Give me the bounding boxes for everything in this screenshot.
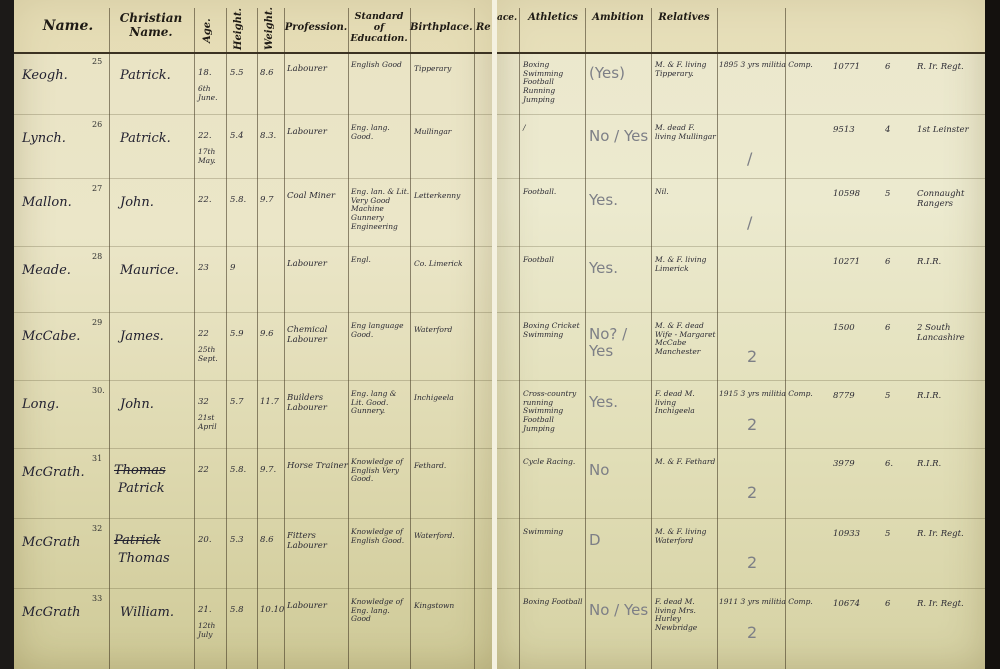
regiment: 1st Leinster [917,126,983,136]
height: 5.8 [230,606,258,616]
relatives: M. & F. dead Wife - Margaret McCabe Manc… [655,322,717,357]
register-row: 30.Long.John.3221st April5.711.7Builders… [14,384,492,450]
header-race-cutoff: ace. [497,13,519,23]
register-row-continued: SwimmingDM. & F. living Waterford2109335… [497,522,985,588]
education-standard: Engl. [351,256,411,265]
surname: McCabe. [22,330,108,345]
age: 32 [198,398,226,408]
ambition: No / Yes [589,602,651,619]
row-rule [497,588,985,589]
entry-number: 25 [92,57,102,66]
education-standard: English Good [351,61,411,70]
weight: 9.7 [260,196,286,206]
regimental-number: 3979 [833,460,879,470]
company: 5 [885,392,905,402]
height: 5.8. [230,196,258,206]
header-name: Name. [28,18,108,34]
company: 6 [885,600,905,610]
page-edge-shadow [985,0,1000,669]
pencil-mark: / [747,214,767,232]
header-athletics: Athletics [521,12,585,24]
pencil-mark: 2 [747,416,767,434]
regimental-number: 10271 [833,258,879,268]
christian-name: Maurice. [120,264,198,279]
previous-service: 1915 3 yrs militia Comp. [719,390,815,399]
weight: 9.6 [260,330,286,340]
header-birthplace: Birthplace. [410,22,472,34]
christian-name: James. [120,330,198,345]
regimental-number: 10598 [833,190,879,200]
regimental-number: 9513 [833,126,879,136]
header-height: Height. [233,10,245,50]
header-profession: Profession. [284,22,348,34]
christian-name: Patrick [118,482,196,497]
surname: Lynch. [22,132,108,147]
register-row-continued: /No / YesM. dead F. living Mullingar/951… [497,118,985,184]
surname: Mallon. [22,196,108,211]
register-row-continued: Cross-country running Swimming Football … [497,384,985,450]
relatives: F. dead M. living Mrs. Hurley Newbridge [655,598,717,633]
relatives: M. dead F. living Mullingar [655,124,717,141]
register-row: 32McGrathPatrickThomas20.5.38.6Fitters L… [14,522,492,588]
pencil-mark: 2 [747,624,767,642]
weight: 8.3. [260,132,286,142]
age: 22 [198,330,226,340]
ambition: Yes. [589,260,651,277]
birthplace: Waterford. [414,532,474,541]
register-row: 27Mallon.John.22.5.8.9.7Coal MinerEng. l… [14,182,492,248]
profession: Coal Miner [287,192,349,202]
register-row: 31McGrath.ThomasPatrick225.8.9.7.Horse T… [14,452,492,518]
header-relatives: Relatives [651,12,717,24]
header-ambition: Ambition [585,12,651,24]
weight: 11.7 [260,398,286,408]
relatives: M. & F. living Waterford [655,528,717,545]
birth-date: 6th June. [198,85,226,102]
regiment: R.I.R. [917,392,983,402]
athletics: / [523,124,585,133]
regiment: R.I.R. [917,460,983,470]
profession: Builders Labourer [287,394,349,414]
regiment: R. Ir. Regt. [917,530,983,540]
register-row-continued: Football.Yes.Nil./105985Connaught Ranger… [497,182,985,248]
ambition: No? / Yes [589,326,651,361]
birthplace: Mullingar [414,128,474,137]
profession: Labourer [287,260,349,270]
relatives: M. & F. living Tipperary. [655,61,717,78]
entry-number: 30. [92,386,105,395]
height: 5.5 [230,69,258,79]
ambition: Yes. [589,394,651,411]
profession: Labourer [287,65,349,75]
education-standard: Eng. lan. & Lit. Very Good Machine Gunne… [351,188,411,231]
regimental-number: 1500 [833,324,879,334]
surname: McGrath [22,536,108,551]
register-row-continued: Cycle Racing.NoM. & F. Fethard239796.R.I… [497,452,985,518]
regimental-number: 10771 [833,63,879,73]
christian-name: Thomas [118,552,196,567]
christian-name: John. [120,196,198,211]
regiment: R. Ir. Regt. [917,600,983,610]
regiment: Connaught Rangers [917,190,983,210]
register-row: 25Keogh.Patrick.18.6th June.5.58.6Labour… [14,55,492,121]
education-standard: Knowledge of Eng. lang. Good [351,598,411,624]
age: 21. [198,606,226,616]
profession: Labourer [287,128,349,138]
relatives: M. & F. Fethard [655,458,717,467]
profession: Labourer [287,602,349,612]
header-weight: Weight. [264,10,276,50]
company: 4 [885,126,905,136]
regimental-number: 10674 [833,600,879,610]
athletics: Swimming [523,528,585,537]
surname: McGrath. [22,466,108,481]
entry-number: 33 [92,594,102,603]
register-row-continued: Boxing Swimming Football Running Jumping… [497,55,985,121]
company: 5 [885,190,905,200]
entry-number: 28 [92,252,102,261]
regiment: 2 South Lancashire [917,324,983,344]
birthplace: Fethard. [414,462,474,471]
register-row-continued: FootballYes.M. & F. living Limerick10271… [497,250,985,316]
company: 6 [885,324,905,334]
surname: Meade. [22,264,108,279]
regimental-number: 10933 [833,530,879,540]
height: 9 [230,264,258,274]
relatives: F. dead M. living Inchigeela [655,390,717,416]
education-standard: Knowledge of English Good. [351,528,411,545]
athletics: Boxing Football [523,598,585,607]
birthplace: Waterford [414,326,474,335]
age: 23 [198,264,226,274]
height: 5.8. [230,466,258,476]
entry-number: 31 [92,454,102,463]
regiment: R.I.R. [917,258,983,268]
previous-service: 1895 3 yrs militia Comp. [719,61,815,70]
ambition: D [589,532,651,549]
education-standard: Knowledge of English Very Good. [351,458,411,484]
row-rule [14,588,492,589]
age: 22. [198,132,226,142]
age: 22. [198,196,226,206]
athletics: Cross-country running Swimming Football … [523,390,585,433]
entry-number: 26 [92,120,102,129]
age: 22 [198,466,226,476]
weight: 8.6 [260,536,286,546]
register-row: 28Meade.Maurice.239LabourerEngl.Co. Lime… [14,250,492,316]
register-row: 29McCabe.James.2225th Sept.5.99.6Chemica… [14,316,492,382]
weight: 9.7. [260,466,286,476]
education-standard: Eng language Good. [351,322,411,339]
right-header-row [497,0,985,54]
height: 5.4 [230,132,258,142]
age: 20. [198,536,226,546]
birthplace: Letterkenny [414,192,474,201]
header-christian-name: Christian Name. [112,12,190,40]
profession: Horse Trainer [287,462,349,472]
birth-date: 17th May. [198,148,226,165]
company: 6 [885,258,905,268]
height: 5.7 [230,398,258,408]
profession: Chemical Labourer [287,326,349,346]
regimental-number: 8779 [833,392,879,402]
christian-name: John. [120,398,198,413]
christian-name: Patrick. [120,69,198,84]
education-standard: Eng. lang. Good. [351,124,411,141]
ambition: (Yes) [589,65,651,82]
birthplace: Inchigeela [414,394,474,403]
relatives: Nil. [655,188,717,197]
register-row: 26Lynch.Patrick.22.17th May.5.48.3.Labou… [14,118,492,184]
surname: Long. [22,398,108,413]
athletics: Football [523,256,585,265]
entry-number: 32 [92,524,102,533]
entry-number: 27 [92,184,102,193]
header-education: Standard of Education. [348,12,410,45]
register-row-continued: Boxing FootballNo / YesF. dead M. living… [497,592,985,658]
birth-date: 25th Sept. [198,346,226,363]
company: 5 [885,530,905,540]
birthplace: Co. Limerick [414,260,474,269]
header-age: Age. [202,14,214,48]
birth-date: 12th July [198,622,226,639]
pencil-mark: 2 [747,348,767,366]
birth-date: 21st April [198,414,226,431]
birthplace: Kingstown [414,602,474,611]
christian-name: William. [120,606,198,621]
right-register-page: ace. Athletics Ambition Relatives Boxing… [497,0,985,669]
weight: 8.6 [260,69,286,79]
christian-name-struck: Patrick [114,534,192,549]
education-standard: Eng. lang & Lit. Good. Gunnery. [351,390,411,416]
surname: McGrath [22,606,108,621]
register-row: 33McGrathWilliam.21.12th July5.810.10Lab… [14,592,492,658]
pencil-mark: 2 [747,484,767,502]
ambition: No / Yes [589,128,651,145]
athletics: Boxing Swimming Football Running Jumping [523,61,585,104]
athletics: Football. [523,188,585,197]
profession: Fitters Labourer [287,532,349,552]
christian-name: Patrick. [120,132,198,147]
row-rule [14,518,492,519]
left-register-page: Name. Christian Name. Age. Height. Weigh… [14,0,492,669]
height: 5.9 [230,330,258,340]
company: 6. [885,460,905,470]
birthplace: Tipperary [414,65,474,74]
ambition: Yes. [589,192,651,209]
entry-number: 29 [92,318,102,327]
row-rule [497,518,985,519]
christian-name-struck: Thomas [114,464,192,479]
age: 18. [198,69,226,79]
surname: Keogh. [22,69,108,84]
previous-service: 1911 3 yrs militia Comp. [719,598,815,607]
athletics: Boxing Cricket Swimming [523,322,585,339]
athletics: Cycle Racing. [523,458,585,467]
register-row-continued: Boxing Cricket SwimmingNo? / YesM. & F. … [497,316,985,382]
company: 6 [885,63,905,73]
regiment: R. Ir. Regt. [917,63,983,73]
weight: 10.10 [260,606,286,616]
relatives: M. & F. living Limerick [655,256,717,273]
pencil-mark: / [747,150,767,168]
height: 5.3 [230,536,258,546]
ambition: No [589,462,651,479]
pencil-mark: 2 [747,554,767,572]
header-religion-cutoff: Re [476,22,492,34]
